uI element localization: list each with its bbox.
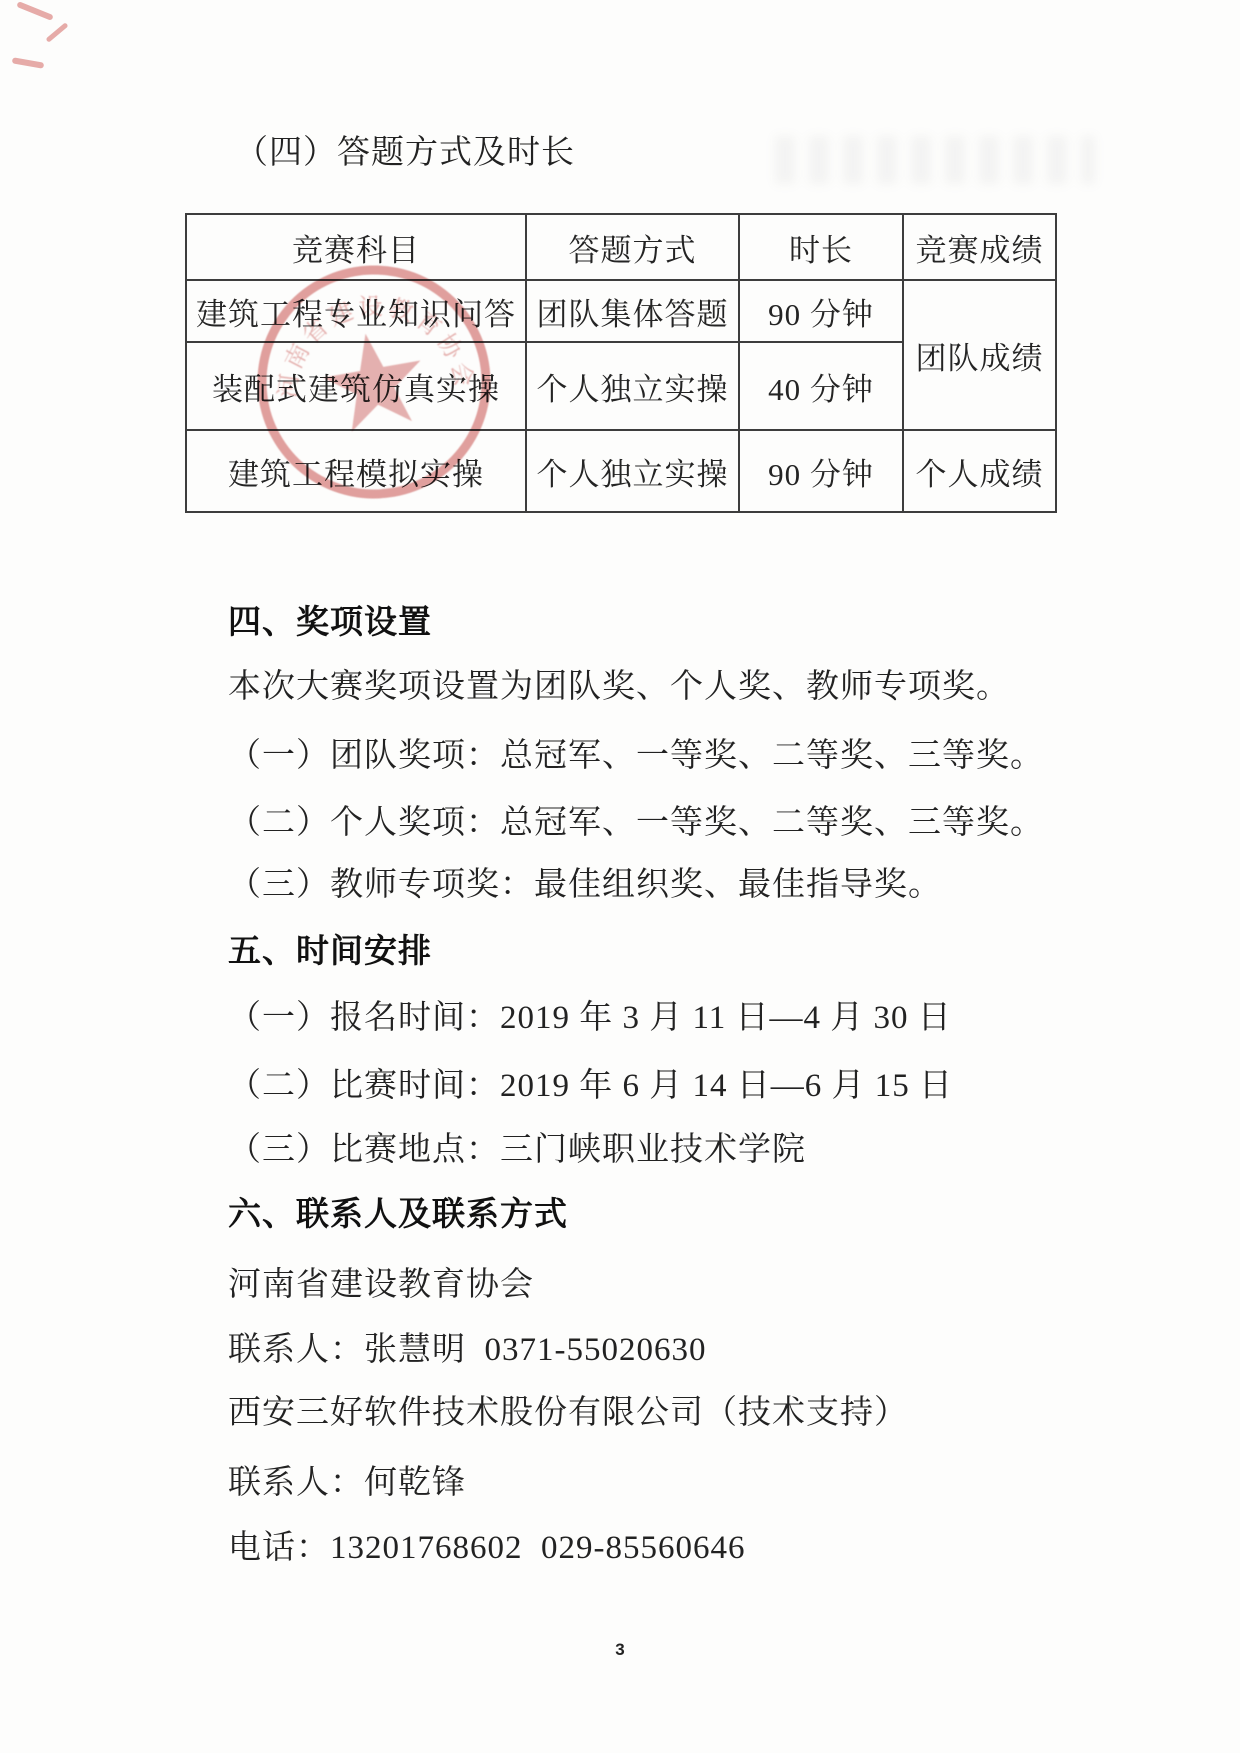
contact-org1-person: 联系人：张慧明 0371-55020630: [228, 1330, 707, 1371]
page-number: 3: [0, 1640, 1240, 1660]
contact-org2-phone: 电话：13201768602 029-85560646: [228, 1528, 746, 1569]
awards-intro: 本次大赛奖项设置为团队奖、个人奖、教师专项奖。: [228, 667, 1010, 708]
seal-star: [317, 325, 431, 435]
table-cell-mode: 个人独立实操: [526, 342, 739, 430]
awards-teacher-line: （三）教师专项奖：最佳组织奖、最佳指导奖。: [228, 865, 942, 906]
schedule-competition-line: （二）比赛时间：2019 年 6 月 14 日—6 月 15 日: [228, 1066, 953, 1107]
table-cell-result-team: 团队成绩: [903, 280, 1056, 430]
contacts-heading: 六、联系人及联系方式: [228, 1195, 568, 1236]
document-page: （四）答题方式及时长 竞赛科目 答题方式 时长 竞赛成绩 建筑工程专业知识问答 …: [0, 0, 1240, 1753]
table-cell-duration: 90 分钟: [739, 430, 903, 512]
table-header-result: 竞赛成绩: [903, 214, 1056, 280]
schedule-venue-line: （三）比赛地点：三门峡职业技术学院: [228, 1130, 806, 1171]
ink-bleed-smudge: [775, 136, 1095, 184]
awards-individual-line: （二）个人奖项：总冠军、一等奖、二等奖、三等奖。: [228, 803, 1044, 844]
table-header-duration: 时长: [739, 214, 903, 280]
table-header-mode: 答题方式: [526, 214, 739, 280]
schedule-heading: 五、时间安排: [228, 932, 432, 973]
red-scribble-mark: [16, 1, 53, 21]
awards-heading: 四、奖项设置: [228, 603, 432, 644]
table-cell-duration: 90 分钟: [739, 280, 903, 342]
red-scribble-mark: [12, 57, 45, 68]
contact-org2-name: 西安三好软件技术股份有限公司（技术支持）: [228, 1393, 908, 1434]
red-scribble-mark: [45, 22, 68, 43]
contact-org1-name: 河南省建设教育协会: [228, 1265, 534, 1306]
table-cell-mode: 团队集体答题: [526, 280, 739, 342]
section4-heading: （四）答题方式及时长: [235, 133, 575, 174]
table-cell-result-individual: 个人成绩: [903, 430, 1056, 512]
table-cell-mode: 个人独立实操: [526, 430, 739, 512]
table-cell-duration: 40 分钟: [739, 342, 903, 430]
schedule-signup-line: （一）报名时间：2019 年 3 月 11 日—4 月 30 日: [228, 998, 952, 1039]
contact-org2-person: 联系人：何乾锋: [228, 1463, 466, 1504]
official-seal-stamp: 河南省建设教育协会: [229, 237, 519, 527]
awards-team-line: （一）团队奖项：总冠军、一等奖、二等奖、三等奖。: [228, 736, 1044, 777]
